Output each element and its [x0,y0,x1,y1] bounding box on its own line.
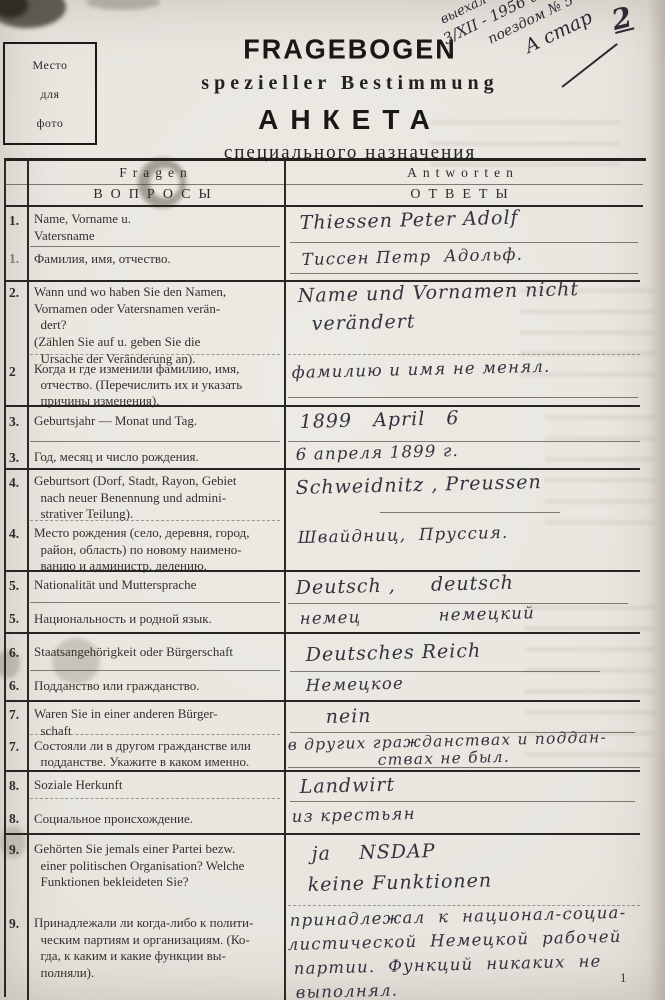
rule [290,801,635,802]
rule [290,273,638,274]
question-number-de: 1. [9,213,19,229]
rule [4,158,646,161]
answer-german: Landwirt [299,774,395,798]
questionnaire-scan: Место для фото FRAGEBOGEN spezieller Bes… [0,0,665,1000]
question-number-de: 3. [9,414,19,430]
column-header-otvety: ОТВЕТЫ [286,187,640,203]
rule [290,671,600,672]
question-german: Staatsangehörigkeit oder Bürgerschaft [34,644,233,661]
question-number-de: 9. [9,842,19,858]
question-number-ru: 8. [9,811,19,827]
question-number-de: 7. [9,707,19,723]
table-row: 9. 9. Gehörten Sie jemals einer Partei b… [0,833,665,1000]
question-german: Gehörten Sie jemals einer Partei bezw. e… [34,841,244,891]
question-number-ru: 9. [9,916,19,932]
rule [288,397,638,398]
question-number-de: 8. [9,778,19,794]
rule [380,512,560,513]
column-header-fragen: Fragen [28,165,284,181]
rule [4,570,640,572]
photo-placeholder-box: Место для фото [3,42,97,145]
title-russian: АНКЕТА [100,104,600,136]
question-number-ru: 3. [9,450,19,466]
question-number-ru: 7. [9,739,19,755]
table-row: 8. 8. Soziale Herkunft Социальное происх… [0,770,665,833]
question-russian: Год, месяц и число рождения. [34,449,199,466]
answer-russian: принадлежал к национал-социа- [290,903,627,930]
answer-german: ja NSDAP [311,840,435,865]
rule [4,405,640,407]
page-number: 1 [620,970,627,986]
answer-russian: немец немецкий [300,603,536,628]
question-number-ru: 5. [9,611,19,627]
table-row: 7. 7. Waren Sie in einer anderen Bürger-… [0,700,665,770]
scan-edge-shade [648,0,665,1000]
rule [4,184,643,185]
answer-russian: 6 апреля 1899 г. [296,441,460,464]
rule [288,603,628,604]
rule [30,520,280,521]
answer-russian: Тиссен Петр Адольф. [302,245,524,269]
table-row: 6. 6. Staatsangehörigkeit oder Bürgersch… [0,632,665,700]
rule [4,468,640,470]
question-german: Nationalität und Muttersprache [34,577,196,594]
table-row: 4. 4. Geburtsort (Dorf, Stadt, Rayon, Ge… [0,468,665,570]
question-russian: Состояли ли в другом гражданстве или под… [34,738,251,770]
answer-russian: ствах не был. [378,748,511,769]
rule [4,833,640,835]
question-number-ru: 2 [9,364,16,380]
answer-russian: Немецкое [306,674,405,695]
answer-russian: партии. Функций никаких не [294,951,602,978]
question-number-ru: 4. [9,526,19,542]
rule [4,632,640,634]
question-russian: Когда и где изменили фамилию, имя, отчес… [34,361,242,409]
rule [30,734,280,735]
answer-german: Thiessen Peter Adolf [299,207,518,234]
answer-russian: Швайдниц, Пруссия. [298,523,509,547]
question-number-de: 6. [9,645,19,661]
rule [30,670,280,671]
photo-box-line: для [5,87,95,102]
column-header-voprosy: ВОПРОСЫ [28,187,284,203]
rule [4,770,640,772]
question-number-ru: 1. [9,251,19,267]
answer-german: nein [325,705,371,728]
rule [30,602,280,603]
question-number-de: 5. [9,578,19,594]
question-russian: Место рождения (село, деревня, город, ра… [34,525,249,575]
question-russian: Социальное происхождение. [34,811,193,828]
rule [30,246,280,247]
table-row: 3. 3. Geburtsjahr — Monat und Tag. Год, … [0,405,665,468]
stain [86,0,160,10]
rule [288,354,640,355]
answer-german: verändert [311,310,415,335]
question-russian: Фамилия, имя, отчество. [34,251,171,268]
answer-russian: фамилию и имя не менял. [292,357,551,382]
question-german: Geburtsort (Dorf, Stadt, Rayon, Gebiet n… [34,473,237,523]
question-german: Name, Vorname u. Vatersname [34,211,131,244]
answer-german: Schweidnitz , Preussen [295,471,542,499]
answer-russian: листической Немецкой рабочей [288,927,622,954]
answer-russian: из крестьян [292,804,416,826]
question-german: Soziale Herkunft [34,777,122,794]
answer-russian: выполнял. [296,981,399,1000]
rule [30,354,280,355]
rule [290,242,638,243]
question-russian: Национальность и родной язык. [34,611,212,628]
photo-box-line: Место [5,58,95,73]
table-row: 1. 1. Name, Vorname u. Vatersname Фамили… [0,205,665,280]
question-number-ru: 6. [9,678,19,694]
table-row: 2. 2 Wann und wo haben Sie den Namen, Vo… [0,280,665,405]
answer-german: 1899 April 6 [299,407,459,433]
rule [30,798,280,799]
rule [288,767,640,768]
question-number-de: 4. [9,475,19,491]
answer-german: Deutsches Reich [305,640,481,666]
answer-german: Deutsch , deutsch [295,572,514,599]
rule [4,700,640,702]
question-german: Geburtsjahr — Monat und Tag. [34,413,197,430]
rule [288,441,640,442]
answer-german: keine Funktionen [307,870,492,896]
question-russian: Принадлежали ли когда-либо к полити- чес… [34,915,253,982]
photo-box-line: фото [5,116,95,131]
question-russian: Подданство или гражданство. [34,678,200,695]
answer-german: Name und Vornamen nicht [297,278,579,307]
column-header-antworten: Antworten [286,165,640,181]
rule [30,441,280,442]
subtitle-german: spezieller Bestimmung [100,72,600,95]
question-number-de: 2. [9,285,19,301]
table-row: 5. 5. Nationalität und Muttersprache Нац… [0,570,665,632]
